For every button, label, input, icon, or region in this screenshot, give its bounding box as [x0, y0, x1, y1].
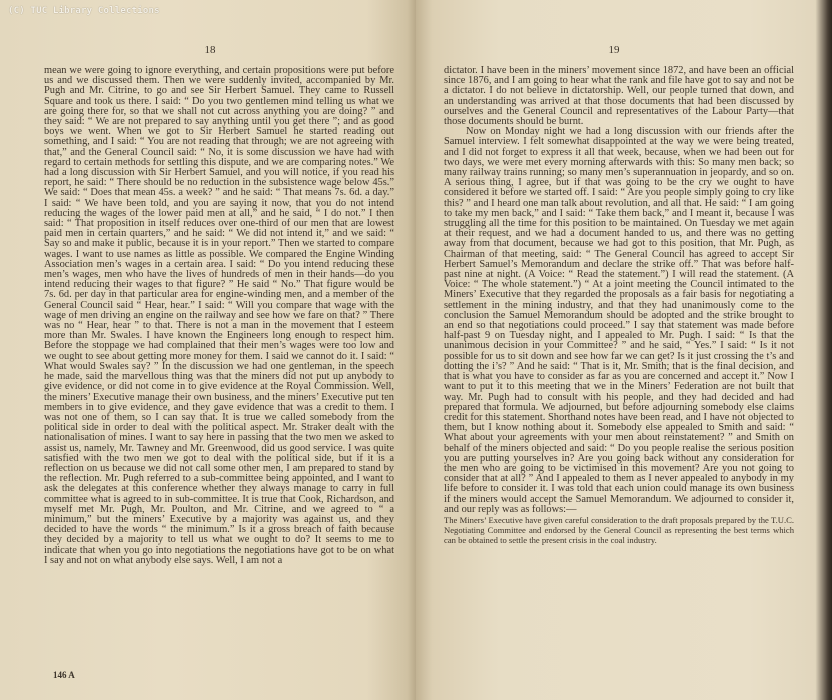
- left-page-body: mean we were going to ignore everything,…: [44, 66, 394, 566]
- paragraph: Now on Monday night we had a long discus…: [444, 127, 794, 515]
- block-quote: The Miners’ Executive have given careful…: [444, 515, 794, 546]
- page-number: 19: [406, 44, 822, 56]
- right-page-body: dictator. I have been in the miners’ mov…: [444, 66, 794, 546]
- paragraph: mean we were going to ignore everything,…: [44, 66, 394, 566]
- paragraph: dictator. I have been in the miners’ mov…: [444, 66, 794, 127]
- folio-mark: 146 A: [53, 670, 75, 680]
- page-number: 18: [2, 44, 418, 56]
- copyright-watermark: (C) TUC Library Collections: [8, 6, 160, 16]
